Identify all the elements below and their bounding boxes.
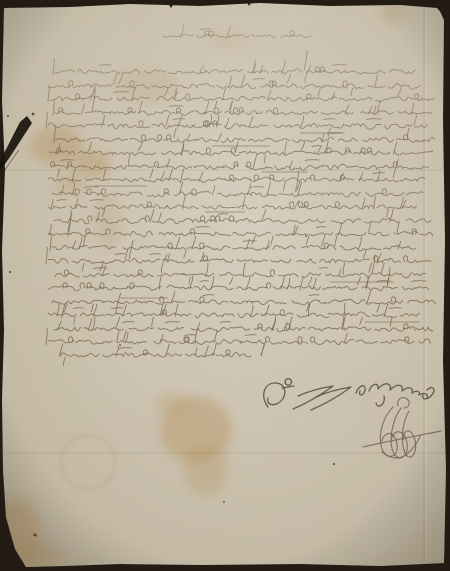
edge-vignette xyxy=(0,0,450,571)
manuscript-scan xyxy=(0,0,450,571)
manuscript-scan-stage xyxy=(0,0,450,571)
